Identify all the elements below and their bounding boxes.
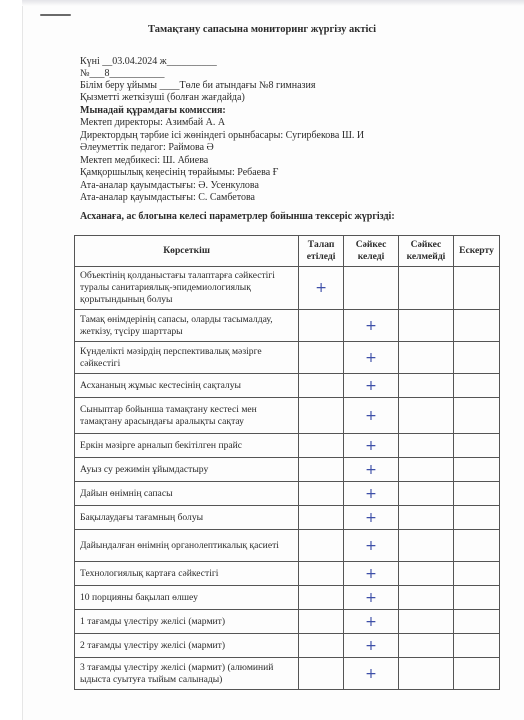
indicator-cell: Дайындалған өнімнің органолептикалық қас… [75,530,299,562]
noncompliant-cell [399,342,454,374]
note-cell [453,610,499,634]
compliant-cell: + [344,506,399,530]
compliant-cell: + [344,434,399,458]
indicator-cell: Асхананың жұмыс кестесінің сақталуы [75,374,299,398]
note-cell [453,374,499,398]
header-indicator: Көрсеткіш [75,236,299,267]
table-row: Ауыз су режимін ұйымдастыру+ [75,458,500,482]
indicator-cell: 1 тағамды үлестіру желісі (мармит) [75,610,299,634]
noncompliant-cell [399,610,454,634]
compliant-cell [344,267,399,310]
compliant-cell: + [344,482,399,506]
indicator-cell: Бақылаудағы тағамның болуы [75,506,299,530]
noncompliant-cell [399,398,454,434]
compliant-cell: + [344,586,399,610]
table-row: Дайындалған өнімнің органолептикалық қас… [75,530,500,562]
note-cell [453,562,499,586]
noncompliant-cell [399,634,454,658]
note-cell [453,530,499,562]
table-row: Дайын өнімнің сапасы+ [75,482,500,506]
commission-member: Қамқоршылық кеңесінің төрайымы: Ребаева … [80,166,278,179]
noncompliant-cell [399,658,454,690]
compliant-cell: + [344,562,399,586]
compliant-cell: + [344,374,399,398]
required-cell: + [299,267,344,310]
table-header-row: Көрсеткіш Талап етіледі Сәйкес келеді Сә… [75,236,500,267]
required-cell [299,586,344,610]
supplier-field: Қызметті жеткізуші (болған жағдайда) [80,91,245,104]
noncompliant-cell [399,267,454,310]
noncompliant-cell [399,374,454,398]
required-cell [299,310,344,342]
note-cell [453,458,499,482]
commission-member: Ата-аналар қауымдастығы: С. Самбетова [80,191,255,204]
compliant-cell: + [344,658,399,690]
indicator-cell: Сыныптар бойынша тамақтану кестесі мен т… [75,398,299,434]
document-title: Тамақтану сапасына мониторинг жүргізу ак… [0,24,524,35]
indicator-cell: 10 порцияны бақылап өлшеу [75,586,299,610]
table-row: Сыныптар бойынша тамақтану кестесі мен т… [75,398,500,434]
note-cell [453,482,499,506]
header-note: Ескерту [453,236,499,267]
required-cell [299,342,344,374]
noncompliant-cell [399,530,454,562]
compliant-cell: + [344,342,399,374]
table-row: Асхананың жұмыс кестесінің сақталуы+ [75,374,500,398]
note-cell [453,658,499,690]
table-row: Технологиялық картаға сәйкестігі+ [75,562,500,586]
required-cell [299,374,344,398]
required-cell [299,506,344,530]
noncompliant-cell [399,562,454,586]
note-cell [453,267,499,310]
scan-mark [40,14,71,16]
table-row: 1 тағамды үлестіру желісі (мармит)+ [75,610,500,634]
table-row: Күнделікті мәзірдің перспективалық мәзір… [75,342,500,374]
required-cell [299,482,344,506]
note-cell [453,586,499,610]
noncompliant-cell [399,434,454,458]
noncompliant-cell [399,586,454,610]
header-noncompliant: Сәйкес келмейді [399,236,454,267]
compliant-cell: + [344,610,399,634]
indicator-cell: Тамақ өнімдерінің сапасы, оларды тасымал… [75,310,299,342]
indicator-cell: 2 тағамды үлестіру желісі (мармит) [75,634,299,658]
table-row: Бақылаудағы тағамның болуы+ [75,506,500,530]
required-cell [299,398,344,434]
required-cell [299,634,344,658]
compliant-cell: + [344,530,399,562]
required-cell [299,658,344,690]
note-cell [453,342,499,374]
table-row: 10 порцияны бақылап өлшеу+ [75,586,500,610]
table-row: Еркін мәзірге арналып бекітілген прайс+ [75,434,500,458]
note-cell [453,634,499,658]
note-cell [453,398,499,434]
table-row: 2 тағамды үлестіру желісі (мармит)+ [75,634,500,658]
compliant-cell: + [344,458,399,482]
indicator-cell: Ауыз су режимін ұйымдастыру [75,458,299,482]
note-cell [453,506,499,530]
table-row: Тамақ өнімдерінің сапасы, оларды тасымал… [75,310,500,342]
indicator-cell: Дайын өнімнің сапасы [75,482,299,506]
note-cell [453,434,499,458]
compliant-cell: + [344,310,399,342]
noncompliant-cell [399,310,454,342]
required-cell [299,458,344,482]
indicator-cell: Объектінің қолданыстағы талаптарға сәйке… [75,267,299,310]
compliant-cell: + [344,634,399,658]
table-row: 3 тағамды үлестіру желісі (мармит) (алюм… [75,658,500,690]
indicator-cell: Күнделікті мәзірдің перспективалық мәзір… [75,342,299,374]
commission-member: Мектеп директоры: Азимбай А. А [80,116,225,129]
indicator-cell: 3 тағамды үлестіру желісі (мармит) (алюм… [75,658,299,690]
note-cell [453,310,499,342]
required-cell [299,530,344,562]
indicator-cell: Еркін мәзірге арналып бекітілген прайс [75,434,299,458]
noncompliant-cell [399,482,454,506]
commission-member: Әлеуметтік педагог: Раймова Ә [80,141,214,154]
noncompliant-cell [399,506,454,530]
noncompliant-cell [399,458,454,482]
required-cell [299,610,344,634]
required-cell [299,562,344,586]
inspection-heading: Асханаға, ас блогына келесі параметрлер … [80,210,395,223]
indicator-cell: Технологиялық картаға сәйкестігі [75,562,299,586]
scan-edge [22,0,524,6]
required-cell [299,434,344,458]
header-required: Талап етіледі [299,236,344,267]
inspection-table: Көрсеткіш Талап етіледі Сәйкес келеді Сә… [74,235,500,690]
compliant-cell: + [344,398,399,434]
table-row: Объектінің қолданыстағы талаптарға сәйке… [75,267,500,310]
header-compliant: Сәйкес келеді [344,236,399,267]
